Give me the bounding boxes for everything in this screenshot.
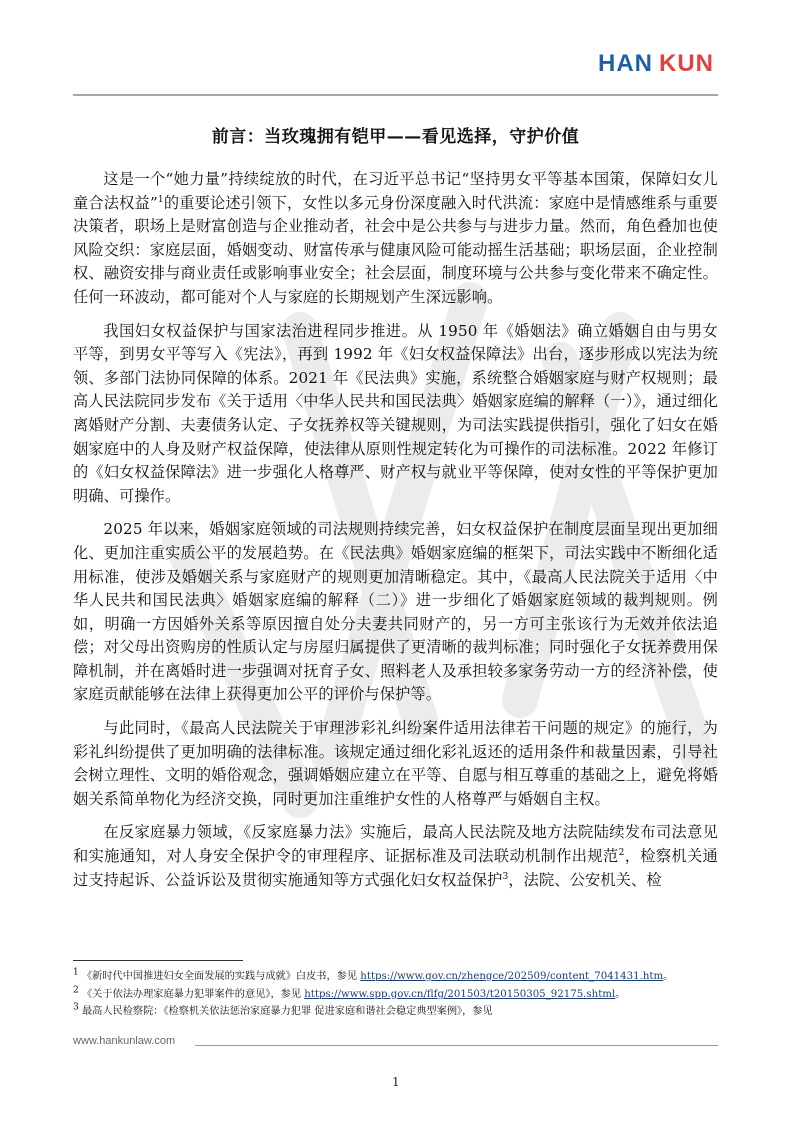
footnote-3: 3 最高人民检察院：《检察机关依法惩治家庭暴力犯罪 促进家庭和谐社会稳定典型案例… bbox=[73, 1003, 718, 1021]
logo-han: HAN bbox=[598, 50, 653, 78]
footnote-1: 1 《新时代中国推进妇女全面发展的实践与成就》白皮书，参见 https://ww… bbox=[73, 968, 718, 986]
header-divider bbox=[73, 94, 718, 96]
paragraph-5: 在反家庭暴力领域，《反家庭暴力法》实施后，最高人民法院及地方法院陆续发布司法意见… bbox=[73, 821, 718, 892]
footnote-text: 最高人民检察院：《检察机关依法惩治家庭暴力犯罪 促进家庭和谐社会稳定典型案例》，… bbox=[79, 1006, 493, 1017]
paragraph-text: 在反家庭暴力领域，《反家庭暴力法》实施后，最高人民法院及地方法院陆续发布司法意见… bbox=[73, 823, 718, 865]
footnote-divider bbox=[73, 960, 243, 961]
paragraph-4: 与此同时，《最高人民法院关于审理涉彩礼纠纷案件适用法律若干问题的规定》的施行，为… bbox=[73, 717, 718, 811]
footnote-end: 。 bbox=[663, 971, 673, 982]
logo-kun: KUN bbox=[659, 50, 714, 78]
paragraph-3: 2025 年以来，婚姻家庭领域的司法规则持续完善，妇女权益保护在制度层面呈现出更… bbox=[73, 518, 718, 707]
footnote-link-1[interactable]: https://www.gov.cn/zhengce/202509/conten… bbox=[360, 971, 663, 982]
footnote-2: 2 《关于依法办理家庭暴力犯罪案件的意见》，参见 https://www.spp… bbox=[73, 986, 718, 1004]
paragraph-2: 我国妇女权益保护与国家法治进程同步推进。从 1950 年《婚姻法》确立婚姻自由与… bbox=[73, 320, 718, 509]
paragraph-1: 这是一个“她力量”持续绽放的时代，在习近平总书记“坚持男女平等基本国策，保障妇女… bbox=[73, 168, 718, 310]
footnote-text: 《新时代中国推进妇女全面发展的实践与成就》白皮书，参见 bbox=[82, 971, 360, 982]
document-body: 这是一个“她力量”持续绽放的时代，在习近平总书记“坚持男女平等基本国策，保障妇女… bbox=[73, 168, 718, 902]
footnote-link-2[interactable]: https://www.spp.gov.cn/flfg/201503/t2015… bbox=[304, 989, 615, 1000]
footnote-end: 。 bbox=[615, 989, 625, 1000]
footer-divider bbox=[195, 1045, 718, 1046]
document-title: 前言：当玫瑰拥有铠甲——看见选择，守护价值 bbox=[73, 122, 718, 147]
footnote-number: 1 bbox=[73, 968, 79, 978]
footer-website[interactable]: www.hankunlaw.com bbox=[73, 1035, 175, 1047]
hankun-logo: HAN KUN bbox=[598, 52, 714, 76]
paragraph-text: 的重要论述引领下，女性以多元身份深度融入时代洪流：家庭中是情感维系与重要决策者，… bbox=[73, 194, 718, 306]
footnote-text: 《关于依法办理家庭暴力犯罪案件的意见》，参见 bbox=[82, 989, 304, 1000]
page-number: 1 bbox=[392, 1075, 400, 1089]
footnotes: 1 《新时代中国推进妇女全面发展的实践与成就》白皮书，参见 https://ww… bbox=[73, 968, 718, 1021]
paragraph-text: ，法院、公安机关、检 bbox=[508, 871, 661, 889]
footnote-number: 2 bbox=[73, 985, 79, 995]
